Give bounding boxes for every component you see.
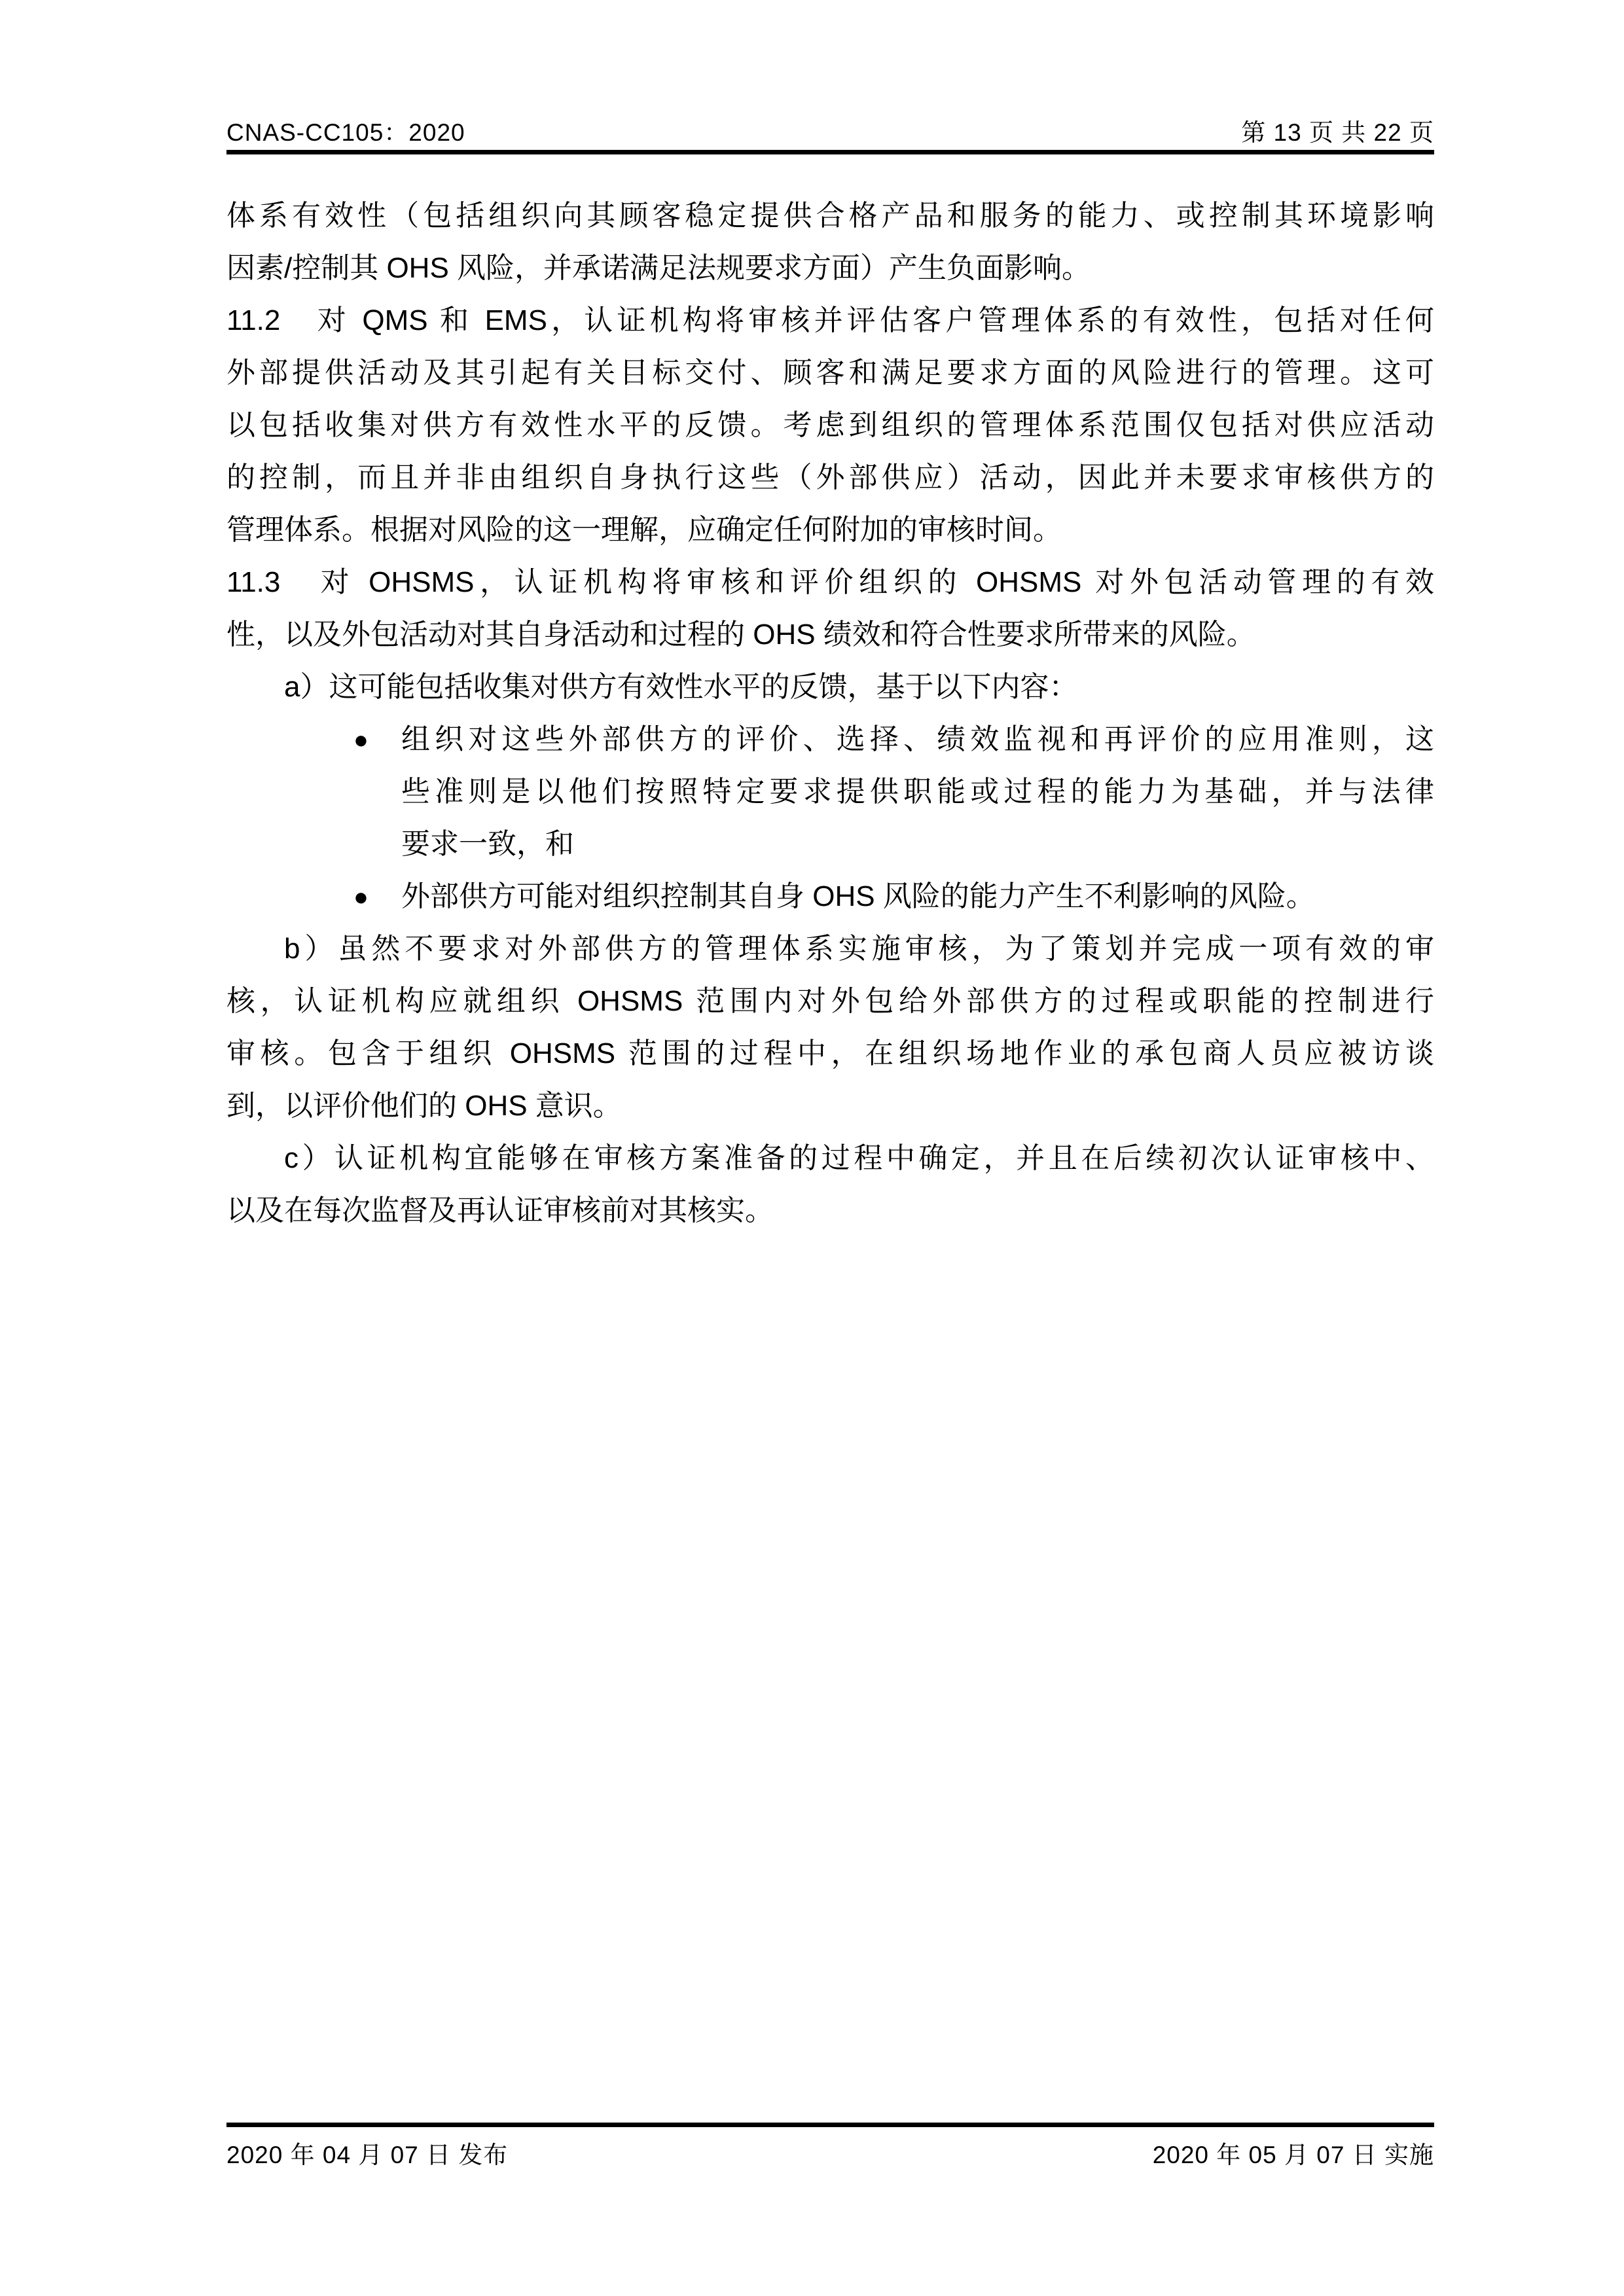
text-line: 11.3 对 OHSMS，认证机构将审核和评价组织的 OHSMS 对外包活动管理… xyxy=(226,556,1434,609)
header-rule xyxy=(226,150,1434,154)
bullet-text: 外部供方可能对组织控制其自身 OHS 风险的能力产生不利影响的风险。 xyxy=(401,880,1315,912)
text-line: 管理体系。根据对风险的这一理解，应确定任何附加的审核时间。 xyxy=(226,504,1434,556)
implement-date: 2020 年 05 月 07 日 实施 xyxy=(1153,2135,1434,2170)
text-line: 以包括收集对供方有效性水平的反馈。考虑到组织的管理体系范围仅包括对供应活动 xyxy=(226,399,1434,452)
bullet-text: 组织对这些外部供方的评价、选择、绩效监视和再评价的应用准则，这 xyxy=(401,723,1434,755)
bullet-icon: ● xyxy=(353,714,369,766)
bullet-icon: ● xyxy=(353,871,369,924)
page-footer: 2020 年 04 月 07 日 发布 2020 年 05 月 07 日 实施 xyxy=(226,2135,1434,2170)
text-line: 到，以评价他们的 OHS 意识。 xyxy=(226,1080,1434,1132)
bullet-list-line: ●组织对这些外部供方的评价、选择、绩效监视和再评价的应用准则，这 xyxy=(226,713,1434,766)
text-line: 要求一致，和 xyxy=(226,818,1434,870)
text-line: 外部提供活动及其引起有关目标交付、顾客和满足要求方面的风险进行的管理。这可 xyxy=(226,347,1434,399)
footer-rule xyxy=(226,2123,1434,2127)
text-line: 因素/控制其 OHS 风险，并承诺满足法规要求方面）产生负面影响。 xyxy=(226,242,1434,295)
text-line: a）这可能包括收集对供方有效性水平的反馈，基于以下内容： xyxy=(226,661,1434,713)
bullet-list-line: ●外部供方可能对组织控制其自身 OHS 风险的能力产生不利影响的风险。 xyxy=(226,870,1434,923)
text-line: 的控制，而且并非由组织自身执行这些（外部供应）活动，因此并未要求审核供方的 xyxy=(226,452,1434,504)
document-page: CNAS-CC105：2020 第 13 页 共 22 页 体系有效性（包括组织… xyxy=(0,0,1624,2296)
text-line: b）虽然不要求对外部供方的管理体系实施审核，为了策划并完成一项有效的审 xyxy=(226,923,1434,975)
text-line: 体系有效性（包括组织向其顾客稳定提供合格产品和服务的能力、或控制其环境影响 xyxy=(226,190,1434,242)
page-number: 第 13 页 共 22 页 xyxy=(1241,113,1434,148)
text-line: c）认证机构宜能够在审核方案准备的过程中确定，并且在后续初次认证审核中、 xyxy=(226,1132,1434,1185)
doc-code: CNAS-CC105：2020 xyxy=(226,113,465,148)
text-line: 11.2 对 QMS 和 EMS，认证机构将审核并评估客户管理体系的有效性，包括… xyxy=(226,295,1434,347)
document-body: 体系有效性（包括组织向其顾客稳定提供合格产品和服务的能力、或控制其环境影响因素/… xyxy=(226,190,1434,1237)
text-line: 以及在每次监督及再认证审核前对其核实。 xyxy=(226,1185,1434,1237)
text-line: 审核。包含于组织 OHSMS 范围的过程中，在组织场地作业的承包商人员应被访谈 xyxy=(226,1028,1434,1080)
text-line: 些准则是以他们按照特定要求提供职能或过程的能力为基础，并与法律 xyxy=(226,766,1434,818)
text-line: 性，以及外包活动对其自身活动和过程的 OHS 绩效和符合性要求所带来的风险。 xyxy=(226,609,1434,661)
page-header: CNAS-CC105：2020 第 13 页 共 22 页 xyxy=(226,113,1434,148)
text-line: 核，认证机构应就组织 OHSMS 范围内对外包给外部供方的过程或职能的控制进行 xyxy=(226,975,1434,1028)
release-date: 2020 年 04 月 07 日 发布 xyxy=(226,2135,508,2170)
